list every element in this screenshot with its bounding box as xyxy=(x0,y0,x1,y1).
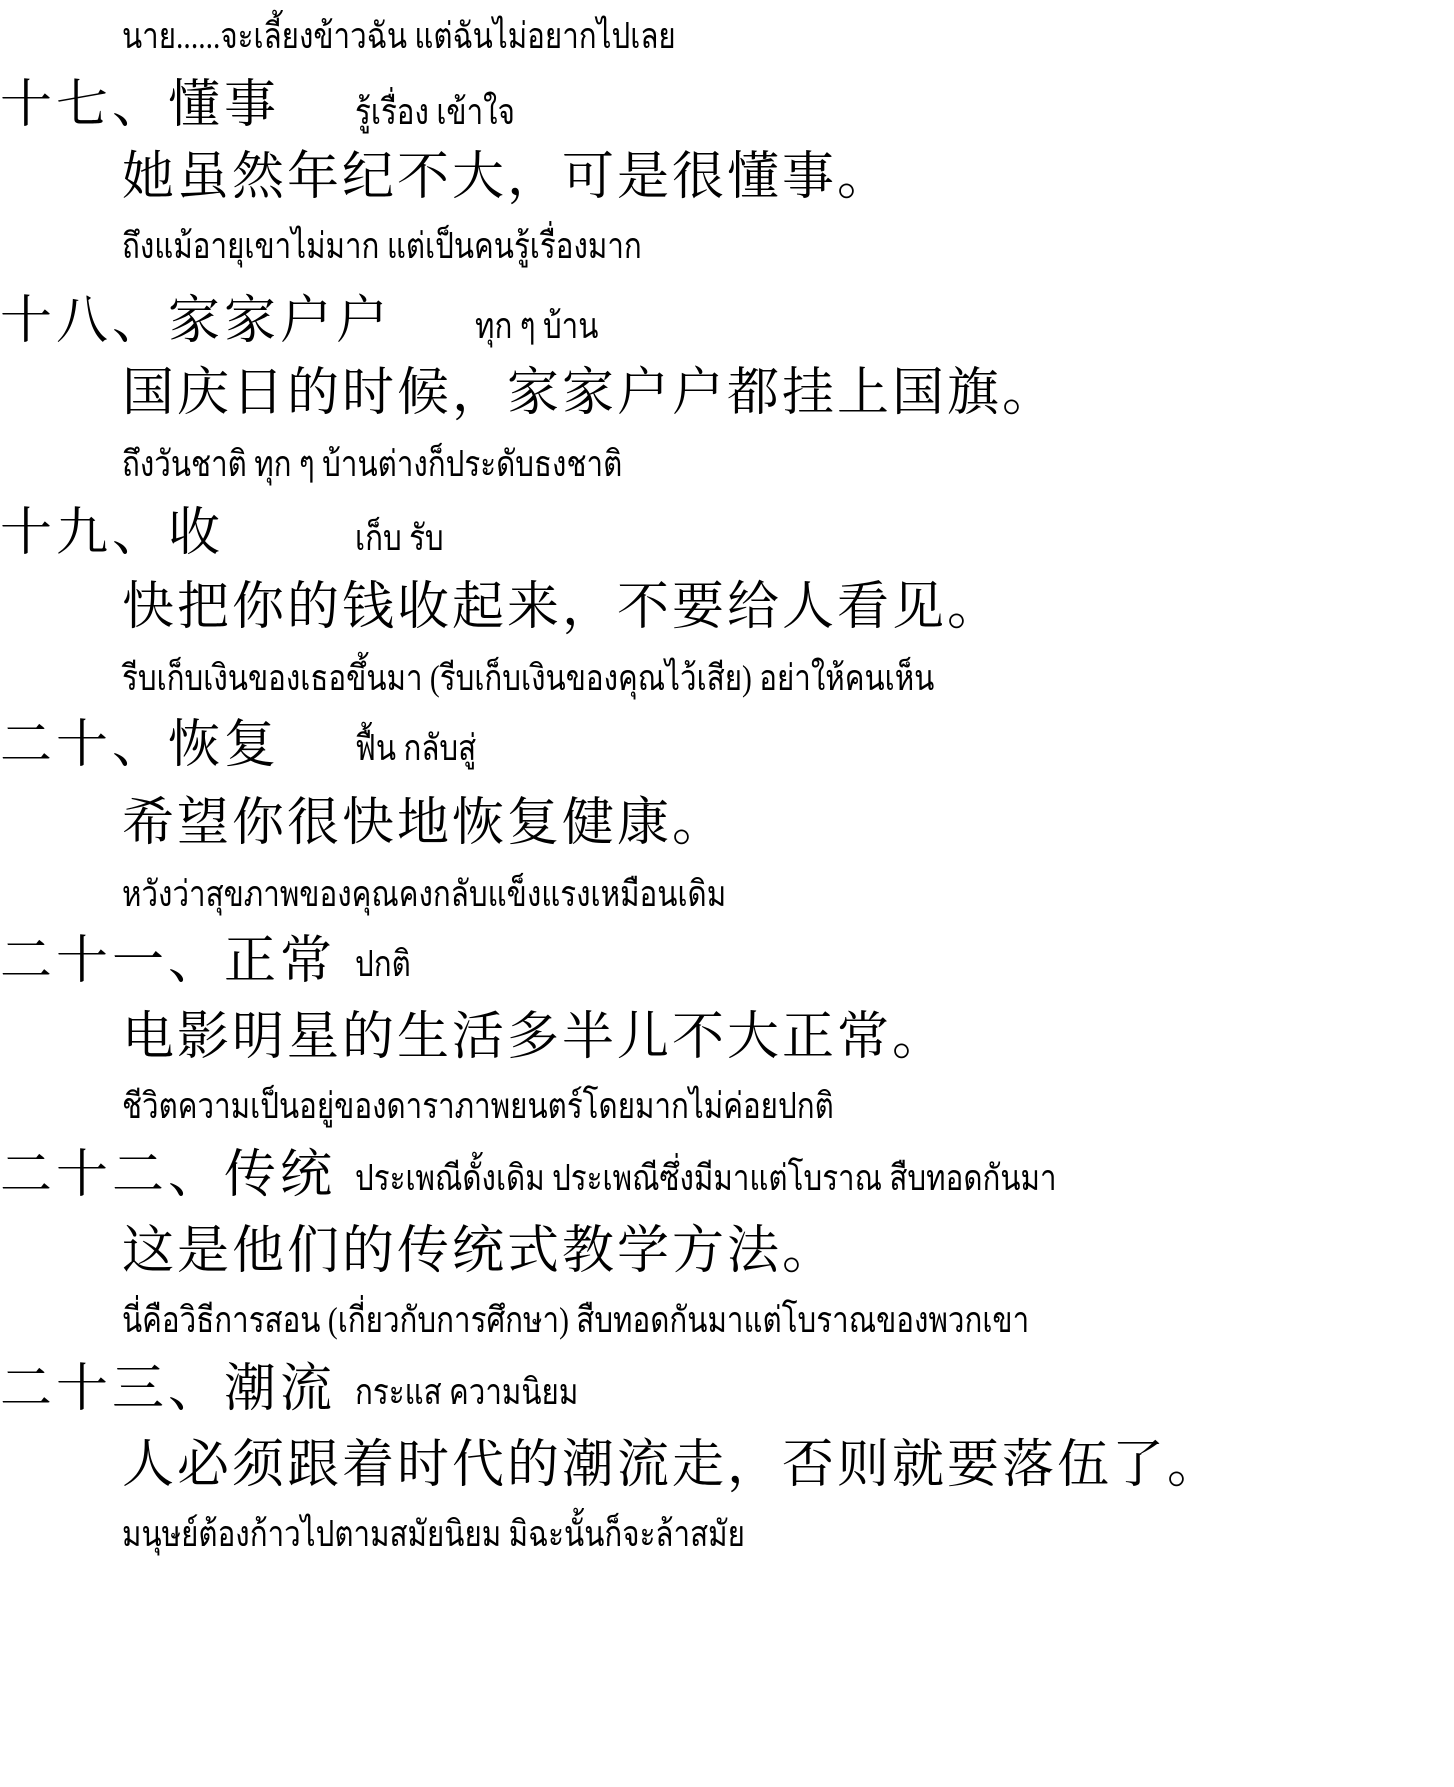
entry-number: 二十、 xyxy=(0,717,168,774)
entry-heading: 十九、收 xyxy=(0,508,224,560)
example-translation: หวังว่าสุขภาพของคุณคงกลับแข็งแรงเหมือนเด… xyxy=(122,876,726,912)
example-sentence: 快把你的钱收起来，不要给人看见。 xyxy=(122,582,1002,634)
entry-heading: 二十一、正常 xyxy=(0,936,336,988)
entry-gloss: รู้เรื่อง เข้าใจ xyxy=(355,94,515,130)
example-sentence: 人必须跟着时代的潮流走，否则就要落伍了。 xyxy=(122,1440,1222,1492)
entry-word: 正常 xyxy=(224,933,336,990)
entry-word: 家家户户 xyxy=(168,293,392,350)
example-sentence: 电影明星的生活多半儿不大正常。 xyxy=(122,1012,947,1064)
entry-word: 传统 xyxy=(224,1147,336,1204)
example-translation: ถึงวันชาติ ทุก ๆ บ้านต่างก็ประดับธงชาติ xyxy=(122,446,622,482)
entry-gloss: ปกติ xyxy=(355,946,411,982)
example-translation: รีบเก็บเงินของเธอขึ้นมา (รีบเก็บเงินของค… xyxy=(122,660,934,696)
entry-gloss: ฟื้น กลับสู่ xyxy=(355,730,476,766)
example-translation: มนุษย์ต้องก้าวไปตามสมัยนิยม มิฉะนั้นก็จะ… xyxy=(122,1516,745,1552)
entry-gloss: กระแส ความนิยม xyxy=(355,1374,578,1410)
entry-number: 十七、 xyxy=(0,77,168,134)
entry-gloss: เก็บ รับ xyxy=(355,520,444,556)
entry-heading: 十八、家家户户 xyxy=(0,296,392,348)
example-sentence: 国庆日的时候，家家户户都挂上国旗。 xyxy=(122,368,1057,420)
entry-heading: 十七、懂事 xyxy=(0,80,280,132)
entry-word: 恢复 xyxy=(168,717,280,774)
entry-word: 收 xyxy=(168,505,224,562)
entry-number: 十九、 xyxy=(0,505,168,562)
entry-word: 懂事 xyxy=(168,77,280,134)
entry-number: 二十二、 xyxy=(0,1147,224,1204)
entry-word: 潮流 xyxy=(224,1361,336,1418)
example-sentence: 希望你很快地恢复健康。 xyxy=(122,798,727,850)
example-sentence: 她虽然年纪不大，可是很懂事。 xyxy=(122,152,892,204)
example-sentence: 这是他们的传统式教学方法。 xyxy=(122,1226,837,1278)
entry-heading: 二十、恢复 xyxy=(0,720,280,772)
entry-number: 十八、 xyxy=(0,293,168,350)
continuation-translation: นาย......จะเลี้ยงข้าวฉัน แต่ฉันไม่อยากไป… xyxy=(122,18,676,54)
entry-gloss: ทุก ๆ บ้าน xyxy=(475,308,598,344)
entry-heading: 二十二、传统 xyxy=(0,1150,336,1202)
example-translation: ถึงแม้อายุเขาไม่มาก แต่เป็นคนรู้เรื่องมา… xyxy=(122,228,642,264)
entry-heading: 二十三、潮流 xyxy=(0,1364,336,1416)
entry-number: 二十三、 xyxy=(0,1361,224,1418)
entry-gloss: ประเพณีดั้งเดิม ประเพณีซึ่งมีมาแต่โบราณ … xyxy=(355,1160,1057,1196)
example-translation: นี่คือวิธีการสอน (เกี่ยวกับการศึกษา) สืบ… xyxy=(122,1302,1029,1338)
entry-number: 二十一、 xyxy=(0,933,224,990)
example-translation: ชีวิตความเป็นอยู่ของดาราภาพยนตร์โดยมากไม… xyxy=(122,1088,834,1124)
